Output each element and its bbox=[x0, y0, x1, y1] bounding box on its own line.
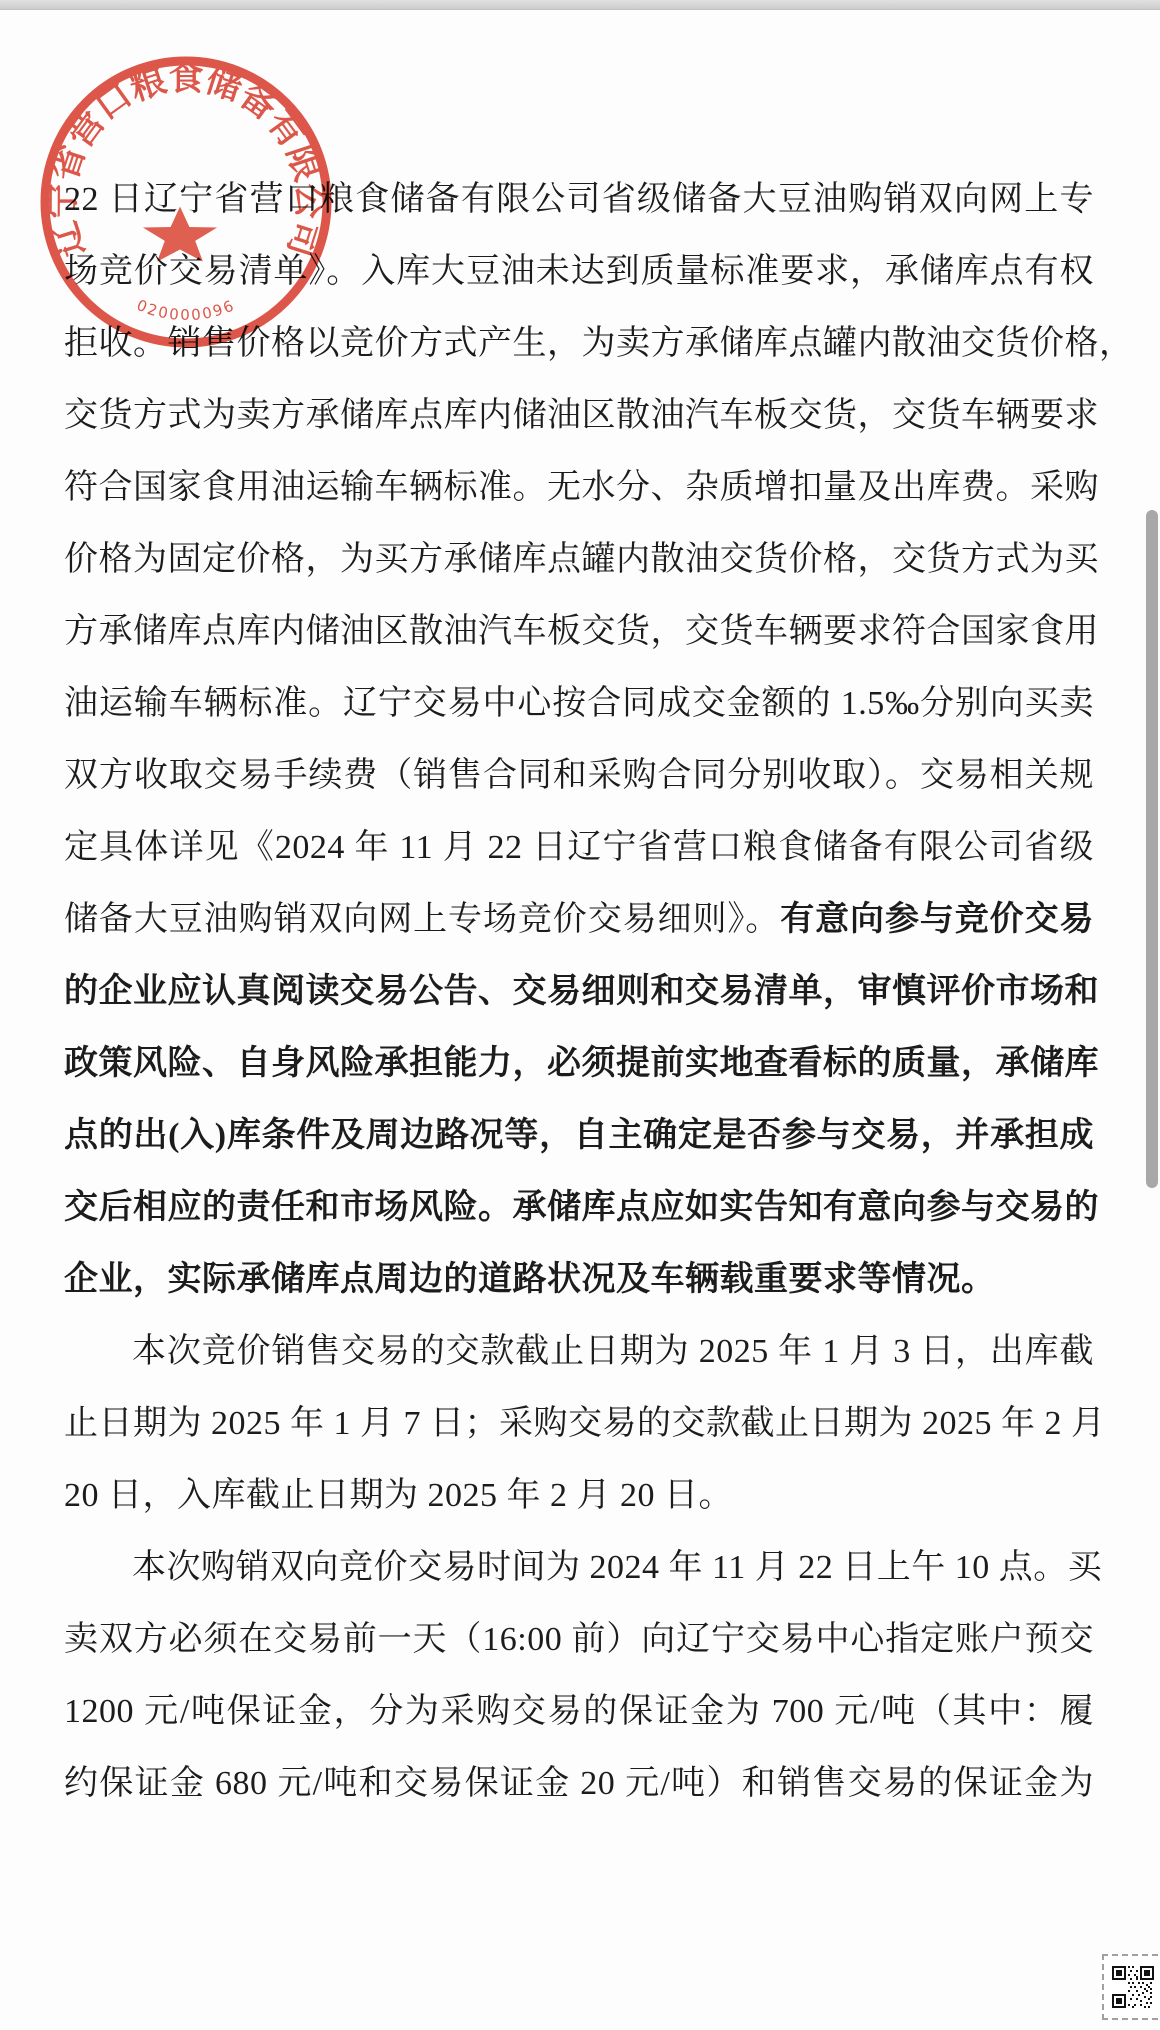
qr-code-icon bbox=[1112, 1966, 1154, 2008]
text-line: 止日期为 2025 年 1 月 7 日；采购交易的交款截止日期为 2025 年 … bbox=[64, 1388, 1094, 1460]
text-line: 企业，实际承储库点周边的道路状况及车辆载重要求等情况。 bbox=[64, 1244, 1094, 1316]
text-line: 约保证金 680 元/吨和交易保证金 20 元/吨）和销售交易的保证金为 bbox=[64, 1748, 1094, 1820]
text-line: 储备大豆油购销双向网上专场竞价交易细则》。有意向参与竞价交易 bbox=[64, 884, 1094, 956]
text-line: 定具体详见《2024 年 11 月 22 日辽宁省营口粮食储备有限公司省级 bbox=[64, 812, 1094, 884]
text-line: 20 日，入库截止日期为 2025 年 2 月 20 日。 bbox=[64, 1460, 1094, 1532]
text-line: 22 日辽宁省营口粮食储备有限公司省级储备大豆油购销双向网上专 bbox=[64, 164, 1094, 236]
text-line: 交后相应的责任和市场风险。承储库点应如实告知有意向参与交易的 bbox=[64, 1172, 1094, 1244]
qr-code-box bbox=[1102, 1954, 1160, 2020]
text-line: 双方收取交易手续费（销售合同和采购合同分别收取）。交易相关规 bbox=[64, 740, 1094, 812]
text-line: 本次竞价销售交易的交款截止日期为 2025 年 1 月 3 日，出库截 bbox=[64, 1316, 1094, 1388]
text-line: 卖双方必须在交易前一天（16:00 前）向辽宁交易中心指定账户预交 bbox=[64, 1604, 1094, 1676]
text-line: 交货方式为卖方承储库点库内储油区散油汽车板交货，交货车辆要求 bbox=[64, 380, 1094, 452]
page-root: { "doc": { "lines": [ "22 日辽宁省营口粮食储备有限公司… bbox=[0, 0, 1160, 2030]
text-line: 油运输车辆标准。辽宁交易中心按合同成交金额的 1.5‰分别向买卖 bbox=[64, 668, 1094, 740]
text-segment: 储备大豆油购销双向网上专场竞价交易细则》。 bbox=[64, 901, 780, 938]
text-line: 点的出(入)库条件及周边路况等，自主确定是否参与交易，并承担成 bbox=[64, 1100, 1094, 1172]
text-line: 价格为固定价格，为买方承储库点罐内散油交货价格，交货方式为买 bbox=[64, 524, 1094, 596]
text-line: 方承储库点库内储油区散油汽车板交货，交货车辆要求符合国家食用 bbox=[64, 596, 1094, 668]
text-segment-bold: 有意向参与竞价交易 bbox=[780, 901, 1094, 938]
text-line: 符合国家食用油运输车辆标准。无水分、杂质增扣量及出库费。采购 bbox=[64, 452, 1094, 524]
text-line: 拒收。销售价格以竞价方式产生，为卖方承储库点罐内散油交货价格， bbox=[64, 308, 1094, 380]
text-line: 1200 元/吨保证金，分为采购交易的保证金为 700 元/吨（其中：履 bbox=[64, 1676, 1094, 1748]
toolbar-bottom-edge bbox=[0, 0, 1160, 10]
text-line: 场竞价交易清单》。入库大豆油未达到质量标准要求，承储库点有权 bbox=[64, 236, 1094, 308]
document-page: 22 日辽宁省营口粮食储备有限公司省级储备大豆油购销双向网上专 场竞价交易清单》… bbox=[64, 164, 1094, 1820]
scrollbar-thumb[interactable] bbox=[1146, 510, 1158, 1188]
text-line: 本次购销双向竞价交易时间为 2024 年 11 月 22 日上午 10 点。买 bbox=[64, 1532, 1094, 1604]
text-line: 政策风险、自身风险承担能力，必须提前实地查看标的质量，承储库 bbox=[64, 1028, 1094, 1100]
text-line: 的企业应认真阅读交易公告、交易细则和交易清单，审慎评价市场和 bbox=[64, 956, 1094, 1028]
